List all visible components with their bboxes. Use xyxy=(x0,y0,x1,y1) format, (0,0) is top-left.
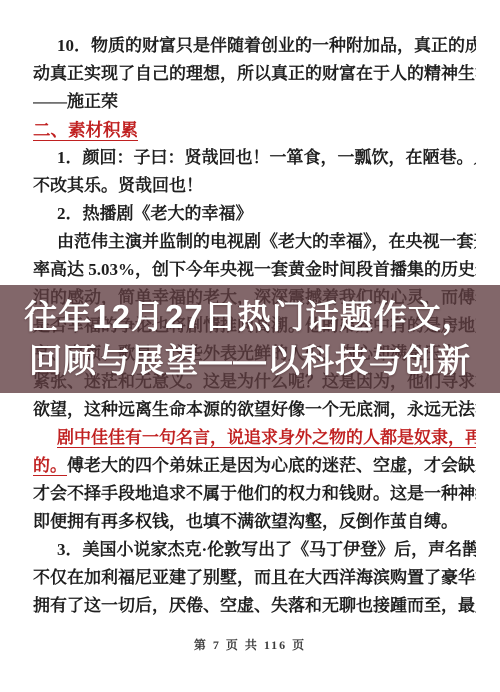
overlay-title-line2: 回顾与展望——以科技与创新 xyxy=(29,339,471,383)
text-line: 即便拥有再多权钱，也填不满欲望沟壑，反倒作茧自缚。 xyxy=(33,508,476,536)
text-line: 欲望，这种远离生命本源的欲望好像一个无底洞，永远无法满足。 xyxy=(33,396,476,424)
text-line: 不仅在加利福尼亚建了别墅，而且在大西洋海滨购置了豪华游艇。然后，当他 xyxy=(33,564,476,592)
red-marked-text: 的。 xyxy=(33,456,67,475)
text-line: ——施正荣 xyxy=(33,88,476,116)
text-line: 不改其乐。贤哉回也！ xyxy=(33,172,476,200)
text-line: 由范伟主演并监制的电视剧《老大的幸福》，在央视一套开播后，当天收视 xyxy=(33,228,476,256)
text-line: 的。傅老大的四个弟妹正是因为心底的迷茫、空虚，才会缺乏幸福感和满足感， xyxy=(33,452,476,480)
text-line: 才会不择手段地追求不属于他们的权力和钱财。这是一种神经症性的病态欲望， xyxy=(33,480,476,508)
text-line: 2．热播剧《老大的幸福》 xyxy=(33,200,476,228)
text-line: 率高达 5.03%，创下今年央视一套黄金时间段首播集的历史最高。剧中笑中含 xyxy=(33,256,476,284)
text-line: 拥有了这一切后，厌倦、空虚、失落和无聊也接踵而至，最后他被这些金钱所 xyxy=(33,592,476,620)
overlay-banner: 往年12月27日热门话题作文， 回顾与展望——以科技与创新 xyxy=(0,285,500,393)
text-line: 10．物质的财富只是伴随着创业的一种附加品，真正的成就感在于你的行 xyxy=(33,32,476,60)
text-line: 动真正实现了自己的理想，所以真正的财富在于人的精神生活。 xyxy=(33,60,476,88)
document-page: 10．物质的财富只是伴随着创业的一种附加品，真正的成就感在于你的行动真正实现了自… xyxy=(0,0,500,692)
text-line: 1．颜回：子曰：贤哉回也！一箪食，一瓢饮，在陋巷。人不堪其忧。回也 xyxy=(33,144,476,172)
section-heading: 二、素材积累 xyxy=(33,116,476,144)
overlay-title-line1: 往年12月27日热门话题作文， xyxy=(24,295,475,339)
text-line: 3．美国小说家杰克·伦敦写出了《马丁伊登》后，声名鹊起，财源滚滚， xyxy=(33,536,476,564)
text-run: 傅老大的四个弟妹正是因为心底的迷茫、空虚，才会缺乏幸福感和满足感， xyxy=(67,456,476,475)
page-footer: 第 7 页 共 116 页 xyxy=(0,636,500,653)
text-line: 剧中佳佳有一句名言，说追求身外之物的人都是奴隶，再光鲜都是不幸福 xyxy=(33,424,476,452)
